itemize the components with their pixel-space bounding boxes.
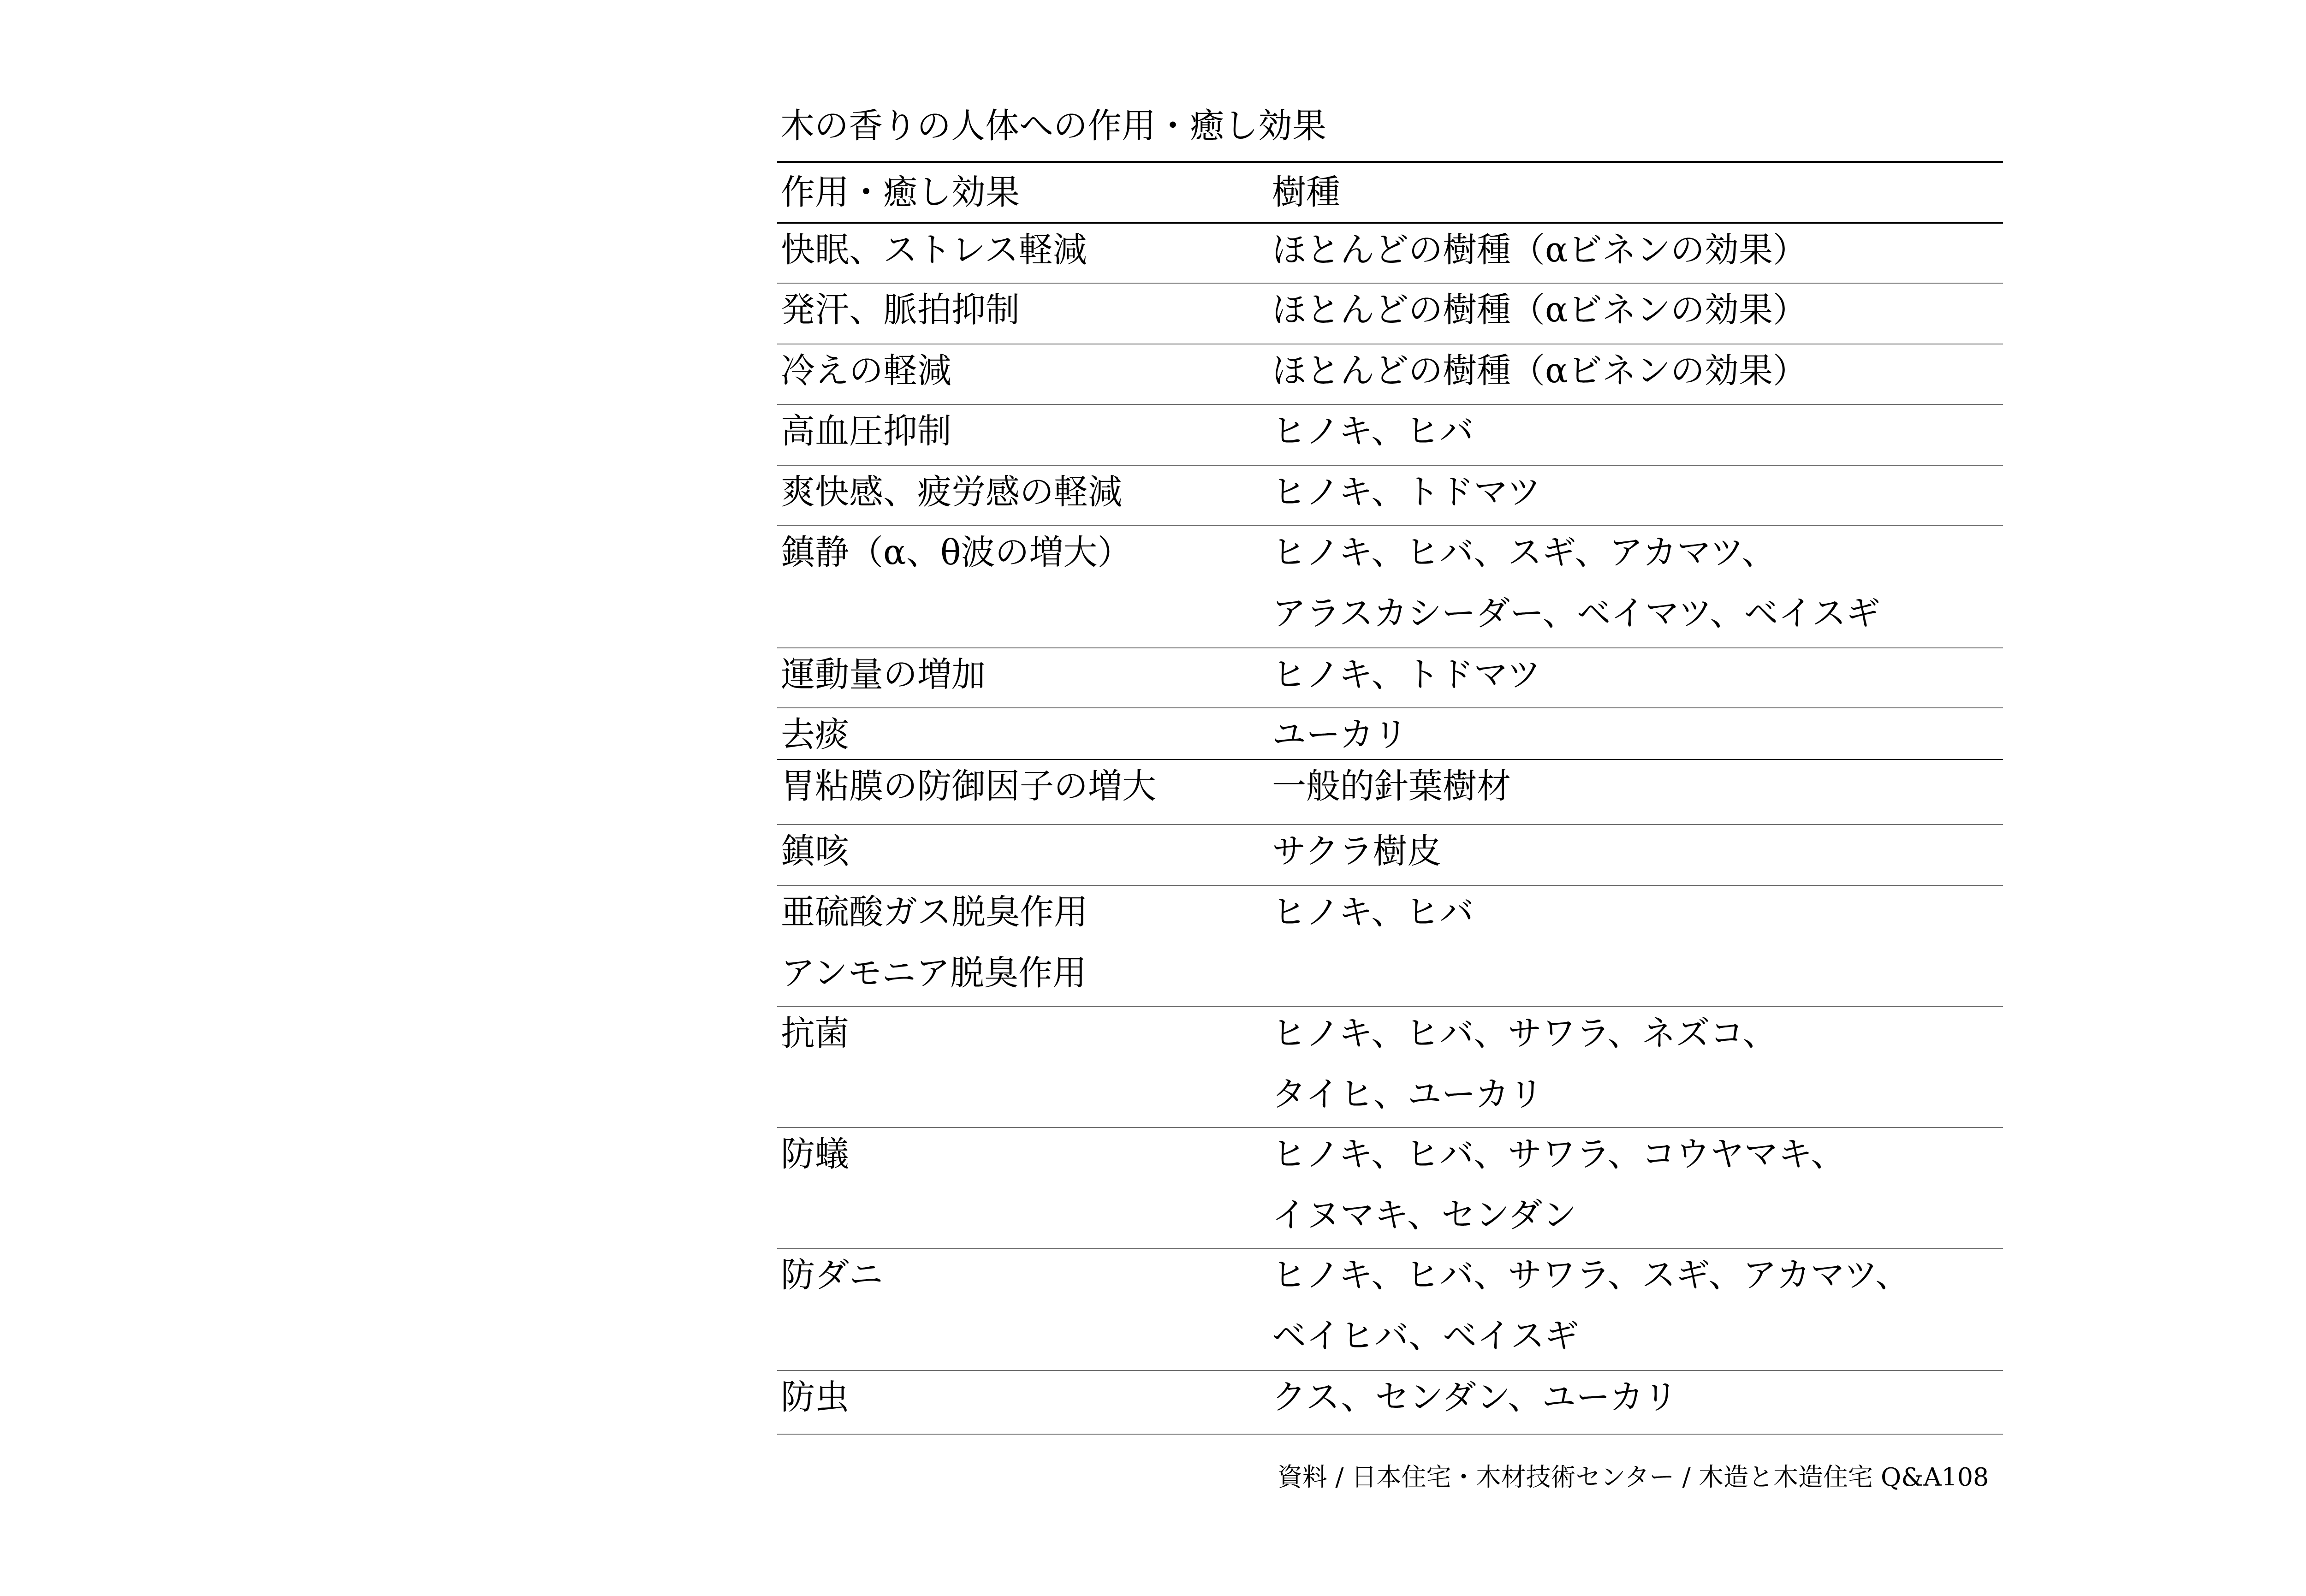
cell-line: 快眠、ストレス軽減 <box>781 220 1087 280</box>
effect-cell: 抗菌 <box>781 1003 849 1064</box>
source-note: 資料 / 日本住宅・木材技術センター / 木造と木造住宅 Q&A108 <box>1278 1465 1989 1490</box>
table-header-effect: 作用・癒し効果 <box>781 163 1020 222</box>
table-title: 木の香りの人体への作用・癒し効果 <box>780 109 1326 143</box>
table-row: 胃粘膜の防御因子の増大一般的針葉樹材 <box>777 760 2003 825</box>
effect-cell: 爽快感、疲労感の軽減 <box>781 462 1122 522</box>
effect-cell: 防蟻 <box>781 1124 849 1185</box>
species-cell: サクラ樹皮 <box>1272 821 1441 882</box>
species-cell: ヒノキ、ヒバ、サワラ、コウヤマキ、イヌマキ、センダン <box>1272 1124 1845 1246</box>
effect-cell: 胃粘膜の防御因子の増大 <box>781 756 1156 817</box>
cell-line: アラスカシーダー、ベイマツ、ベイスギ <box>1272 583 1880 644</box>
table-header-species: 樹種 <box>1272 163 1340 222</box>
cell-line: ヒノキ、ヒバ <box>1272 401 1474 462</box>
species-cell: ヒノキ、ヒバ <box>1272 401 1474 462</box>
cell-line: ほとんどの樹種（αビネンの効果） <box>1272 220 1807 280</box>
effect-cell: 快眠、ストレス軽減 <box>781 220 1087 280</box>
table-row: 去痰ユーカリ <box>777 708 2003 760</box>
cell-line: 鎮咳 <box>781 821 849 882</box>
cell-line: タイヒ、ユーカリ <box>1272 1064 1777 1125</box>
effect-cell: 運動量の増加 <box>781 644 986 705</box>
table-header: 作用・癒し効果 樹種 <box>777 161 2003 224</box>
effect-cell: 防虫 <box>781 1367 849 1428</box>
cell-line: 亜硫酸ガス脱臭作用 <box>781 882 1088 943</box>
effect-cell: 発汗、脈拍抑制 <box>781 279 1020 340</box>
table-row: 爽快感、疲労感の軽減ヒノキ、トドマツ <box>777 466 2003 526</box>
cell-line: ヒノキ、ヒバ、サワラ、ネズコ、 <box>1272 1003 1777 1064</box>
cell-line: ヒノキ、トドマツ <box>1272 462 1541 522</box>
cell-line: 高血圧抑制 <box>781 401 951 462</box>
cell-line: ベイヒバ、ベイスギ <box>1272 1305 1909 1366</box>
species-cell: クス、センダン、ユーカリ <box>1272 1367 1678 1428</box>
effect-cell: 亜硫酸ガス脱臭作用アンモニア脱臭作用 <box>781 882 1088 1003</box>
species-cell: ヒノキ、ヒバ、サワラ、ネズコ、タイヒ、ユーカリ <box>1272 1003 1777 1125</box>
cell-line: ヒノキ、ヒバ <box>1272 882 1474 943</box>
species-cell: ヒノキ、トドマツ <box>1272 644 1541 705</box>
cell-line: ヒノキ、ヒバ、サワラ、コウヤマキ、 <box>1272 1124 1845 1185</box>
table-row: 冷えの軽減ほとんどの樹種（αビネンの効果） <box>777 344 2003 405</box>
effect-cell: 防ダニ <box>781 1245 883 1305</box>
cell-line: 冷えの軽減 <box>781 340 951 401</box>
species-cell: 一般的針葉樹材 <box>1272 756 1511 817</box>
cell-line: クス、センダン、ユーカリ <box>1272 1367 1678 1428</box>
cell-line: ヒノキ、ヒバ、サワラ、スギ、アカマツ、 <box>1272 1245 1909 1305</box>
cell-line: ヒノキ、トドマツ <box>1272 644 1541 705</box>
cell-line: 鎮静（α、θ波の増大） <box>781 522 1132 583</box>
effect-cell: 鎮静（α、θ波の増大） <box>781 522 1132 583</box>
table-row: 運動量の増加ヒノキ、トドマツ <box>777 648 2003 708</box>
cell-line: 防蟻 <box>781 1124 849 1185</box>
cell-line: 防虫 <box>781 1367 849 1428</box>
species-cell: ヒノキ、ヒバ <box>1272 882 1474 943</box>
table-row: 鎮静（α、θ波の増大）ヒノキ、ヒバ、スギ、アカマツ、アラスカシーダー、ベイマツ、… <box>777 526 2003 648</box>
cell-line: ヒノキ、ヒバ、スギ、アカマツ、 <box>1272 522 1880 583</box>
cell-line: ほとんどの樹種（αビネンの効果） <box>1272 279 1807 340</box>
cell-line: アンモニア脱臭作用 <box>781 943 1088 1003</box>
species-cell: ほとんどの樹種（αビネンの効果） <box>1272 220 1807 280</box>
table-row: 防ダニヒノキ、ヒバ、サワラ、スギ、アカマツ、ベイヒバ、ベイスギ <box>777 1249 2003 1371</box>
table-row: 亜硫酸ガス脱臭作用アンモニア脱臭作用ヒノキ、ヒバ <box>777 886 2003 1007</box>
cell-line: 抗菌 <box>781 1003 849 1064</box>
table-row: 防虫クス、センダン、ユーカリ <box>777 1371 2003 1435</box>
table-body: 快眠、ストレス軽減ほとんどの樹種（αビネンの効果）発汗、脈拍抑制ほとんどの樹種（… <box>777 224 2003 1435</box>
table-row: 抗菌ヒノキ、ヒバ、サワラ、ネズコ、タイヒ、ユーカリ <box>777 1007 2003 1128</box>
effect-cell: 鎮咳 <box>781 821 849 882</box>
species-cell: ほとんどの樹種（αビネンの効果） <box>1272 340 1807 401</box>
species-cell: ほとんどの樹種（αビネンの効果） <box>1272 279 1807 340</box>
table-row: 高血圧抑制ヒノキ、ヒバ <box>777 405 2003 466</box>
effect-cell: 冷えの軽減 <box>781 340 951 401</box>
cell-line: 防ダニ <box>781 1245 883 1305</box>
cell-line: ほとんどの樹種（αビネンの効果） <box>1272 340 1807 401</box>
cell-line: イヌマキ、センダン <box>1272 1185 1845 1246</box>
cell-line: 胃粘膜の防御因子の増大 <box>781 756 1156 817</box>
cell-line: 運動量の増加 <box>781 644 986 705</box>
cell-line: 爽快感、疲労感の軽減 <box>781 462 1122 522</box>
cell-line: 発汗、脈拍抑制 <box>781 279 1020 340</box>
table-row: 発汗、脈拍抑制ほとんどの樹種（αビネンの効果） <box>777 284 2003 344</box>
effect-cell: 高血圧抑制 <box>781 401 951 462</box>
cell-line: 一般的針葉樹材 <box>1272 756 1511 817</box>
effects-table: 作用・癒し効果 樹種 快眠、ストレス軽減ほとんどの樹種（αビネンの効果）発汗、脈… <box>777 161 2003 1435</box>
table-row: 鎮咳サクラ樹皮 <box>777 825 2003 886</box>
species-cell: ヒノキ、ヒバ、スギ、アカマツ、アラスカシーダー、ベイマツ、ベイスギ <box>1272 522 1880 644</box>
species-cell: ヒノキ、トドマツ <box>1272 462 1541 522</box>
table-row: 防蟻ヒノキ、ヒバ、サワラ、コウヤマキ、イヌマキ、センダン <box>777 1128 2003 1249</box>
cell-line: サクラ樹皮 <box>1272 821 1441 882</box>
table-row: 快眠、ストレス軽減ほとんどの樹種（αビネンの効果） <box>777 224 2003 284</box>
species-cell: ヒノキ、ヒバ、サワラ、スギ、アカマツ、ベイヒバ、ベイスギ <box>1272 1245 1909 1366</box>
